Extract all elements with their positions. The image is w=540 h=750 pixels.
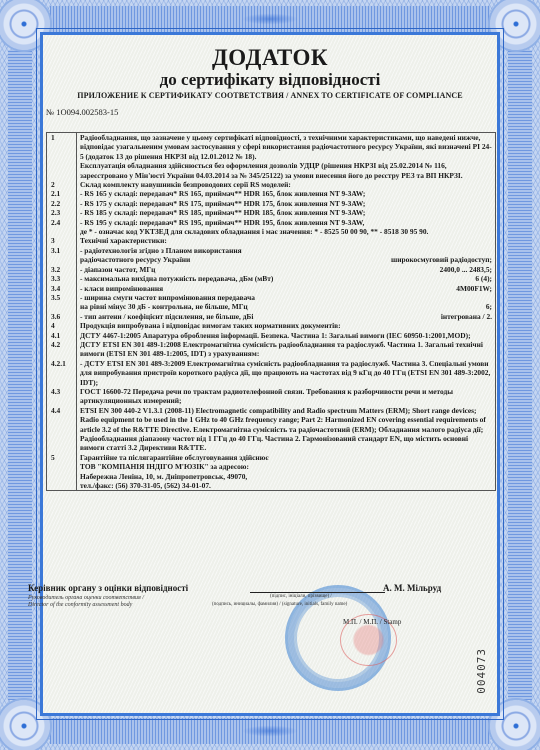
spec-label: - класи випромінювання (80, 284, 163, 293)
spec-value: 6; (486, 302, 492, 311)
spec-label: - максимальна вихідна потужність передав… (80, 274, 273, 283)
row-text: Радіообладнання, що зазначене у цьому се… (80, 133, 492, 161)
table-row: 3 Технічні характеристики: (47, 236, 496, 245)
company-name: ТОВ "КОМПАНІЯ ІНДІГО М'ЮЗІК" за адресою: (80, 462, 492, 471)
spec-value: 6 (4); (475, 274, 492, 283)
row-text: Продукція випробувана і відповідає вимог… (77, 321, 496, 330)
table-row: 2.4 - RS 195 у складі: передавач* RS 195… (47, 218, 496, 237)
row-text: ETSI EN 300 440-2 V1.3.1 (2008-11) Elect… (77, 406, 496, 453)
table-row: 4.4 ETSI EN 300 440-2 V1.3.1 (2008-11) E… (47, 406, 496, 453)
spec-value: 4M00F1W; (456, 284, 492, 293)
table-row: 3.1 - радіотехнологія згідно з Планом ви… (47, 246, 496, 265)
spec-label: - тип антени / коефіцієнт підсилення, не… (80, 312, 253, 321)
row-text: Склад комплекту навушників безпроводових… (77, 180, 496, 189)
spec-value: 2400,0 ... 2483,5; (440, 265, 492, 274)
spec-label: - радіотехнологія згідно з Планом викори… (80, 246, 492, 255)
row-text: - RS 165 у складі: передавач* RS 165, пр… (77, 189, 496, 198)
table-row: 2 Склад комплекту навушників безпроводов… (47, 180, 496, 189)
document-title: ДОДАТОК (43, 45, 497, 71)
spec-label: на рівні мінус 30 дБ - контрольна, не бі… (80, 302, 248, 311)
table-row: 5 Гарантійне та післягарантійне обслугов… (47, 453, 496, 491)
spec-table: 1 Радіообладнання, що зазначене у цьому … (46, 132, 496, 491)
signer-name: А. М. Мільруд (383, 583, 441, 593)
signatory-role-translation: Руководитель органа оценки соответствия … (28, 595, 144, 609)
row-text: Гарантійне та післягарантійне обслуговув… (80, 453, 492, 462)
row-note: де * - означає код УКТЗЕД для складових … (80, 227, 492, 236)
company-address: Набережна Леніна, 10, м. Дніпропетровськ… (80, 472, 492, 481)
row-text: - RS 195 у складі: передавач* RS 195, пр… (80, 218, 492, 227)
table-row: 3.2 - діапазон частот, МГц 2400,0 ... 24… (47, 265, 496, 274)
table-row: 3.4 - класи випромінювання 4M00F1W; (47, 284, 496, 293)
table-row: 4 Продукція випробувана і відповідає вим… (47, 321, 496, 330)
ornament-border-bottom (50, 718, 490, 744)
table-row: 3.6 - тип антени / коефіцієнт підсилення… (47, 312, 496, 321)
serial-number: 004073 (475, 648, 488, 694)
table-row: 4.1 ДСТУ 4467-1:2005 Апаратура обробленн… (47, 331, 496, 340)
spec-value: широкосмуговий радіодоступ; (391, 255, 492, 264)
table-row: 4.3 ГОСТ 16600-72 Передача речи по тракт… (47, 387, 496, 406)
row-text: - RS 175 у складі: передавач* RS 175, пр… (77, 199, 496, 208)
document-subtitle: до сертифікату відповідності (43, 70, 497, 90)
ornament-border-right (508, 50, 532, 700)
table-row: 3.5 - ширина смуги частот випромінювання… (47, 293, 496, 312)
table-row: 2.2 - RS 175 у складі: передавач* RS 175… (47, 199, 496, 208)
signature-line (250, 592, 385, 593)
spec-value: інтегрована / 2. (441, 312, 492, 321)
signatory-role: Керівник органу з оцінки відповідності (28, 583, 188, 593)
row-text: ДСТУ 4467-1:2005 Апаратура оброблення ін… (77, 331, 496, 340)
row-text: - ДСТУ ETSI EN 301 489-3:2009 Електромаг… (77, 359, 496, 387)
table-row: 4.2 ДСТУ ETSI EN 301 489-1:2008 Електром… (47, 340, 496, 359)
spec-label: радіочастотного ресурсу України (80, 255, 190, 264)
annex-caption: ПРИЛОЖЕНИЕ К СЕРТИФИКАТУ СООТВЕТСТВИЯ / … (43, 91, 497, 100)
row-text: - RS 185 у складі: передавач* RS 185, пр… (77, 208, 496, 217)
ornament-border-top (50, 6, 490, 32)
table-row: 1 Радіообладнання, що зазначене у цьому … (47, 133, 496, 181)
company-phone: тел./факс: (56) 370-31-05, (562) 34-01-0… (80, 481, 492, 490)
table-row: 4.2.1 - ДСТУ ETSI EN 301 489-3:2009 Елек… (47, 359, 496, 387)
row-text: ДСТУ ETSI EN 301 489-1:2008 Електромагні… (77, 340, 496, 359)
spec-label: - ширина смуги частот випромінювання пер… (80, 293, 492, 302)
table-row: 2.1 - RS 165 у складі: передавач* RS 165… (47, 189, 496, 198)
table-row: 3.3 - максимальна вихідна потужність пер… (47, 274, 496, 283)
row-text: ГОСТ 16600-72 Передача речи по трактам р… (77, 387, 496, 406)
signature-caption: (подпись, инициалы, фамилия) / (signatur… (212, 602, 347, 607)
certificate-number: № 1О094.002583-15 (46, 107, 118, 117)
row-text: Технічні характеристики: (77, 236, 496, 245)
table-row: 2.3 - RS 185 у складі: передавач* RS 185… (47, 208, 496, 217)
row-text: Експлуатація обладнання здійснюється без… (80, 161, 492, 180)
document-page: ДОДАТОК до сертифікату відповідності ПРИ… (40, 32, 500, 716)
spec-label: - діапазон частот, МГц (80, 265, 155, 274)
signature-caption: (підпис, ініціали, прізвище) / (270, 594, 332, 599)
stamp-label: М.П. / М.П. / Stamp (343, 618, 401, 626)
